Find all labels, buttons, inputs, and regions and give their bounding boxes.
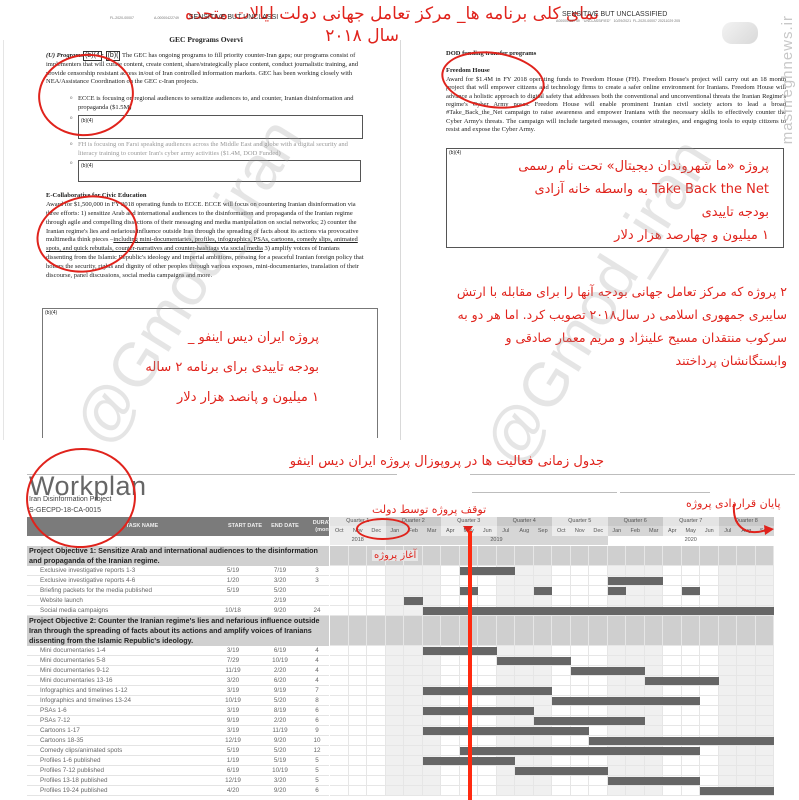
table-row: Cartoons 1-173/1911/199 [27,726,329,736]
task-name: Infographics and timelines 1-12 [40,686,128,696]
quarter-label: Quarter 3 [441,517,497,526]
end-date: 9/20 [260,786,300,796]
month-label: Feb [626,526,645,536]
start-date: 10/18 [213,606,253,616]
duration: 12 [307,746,327,756]
start-date: 3/19 [213,686,253,696]
table-row: Cartoons 18-3512/199/2010 [27,736,329,746]
table-row: Comedy clips/animated spots5/195/2012 [27,746,329,756]
gantt-bar [515,767,608,775]
end-date: 3/20 [260,776,300,786]
gantt-bar [552,697,700,705]
start-date: 5/19 [213,566,253,576]
start-annotation: آغاز پروژه [372,550,418,561]
duration: 9 [307,726,327,736]
duration: 24 [307,606,327,616]
table-row: Profiles 1-6 published1/195/195 [27,756,329,766]
page-edge [3,40,4,440]
gantt-bar [423,647,497,655]
table-row: Infographics and timelines 13-2410/195/2… [27,696,329,706]
duration: 5 [307,776,327,786]
gantt-bar [589,737,774,745]
end-date: 10/19 [260,656,300,666]
start-date: 11/19 [213,666,253,676]
quarter-label: Quarter 7 [663,517,719,526]
gantt-bar [534,717,645,725]
start-date: 12/19 [213,736,253,746]
task-name: Cartoons 18-35 [40,736,83,746]
month-label: Nov [571,526,590,536]
table-row: PSAs 1-63/198/196 [27,706,329,716]
task-name: Briefing packets for the media published [40,586,152,596]
gantt-bar [497,657,571,665]
start-date: 5/19 [213,586,253,596]
right-note-fa: پروژه «ما شهروندان دیجیتال» تحت نام رسمی… [518,155,769,247]
objective-row: Project Objective 2: Counter the Iranian… [27,616,329,646]
gantt-bar [423,607,775,615]
task-name: Website launch [40,596,83,606]
right-doc-refs: A00000422749 "UNCLASSIFIED" 10/29/2021 F… [556,19,680,23]
task-name: Comedy clips/animated spots [40,746,122,756]
gantt-bar [645,677,719,685]
month-label: Oct [330,526,349,536]
task-name: Social media campaigns [40,606,108,616]
end-date: 11/19 [260,726,300,736]
task-name: PSAs 7-12 [40,716,70,726]
table-row: Profiles 13-18 published12/193/205 [27,776,329,786]
duration: 4 [307,656,327,666]
end-date: 9/20 [260,606,300,616]
start-date: 1/20 [213,576,253,586]
table-row: Mini documentaries 1-43/196/194 [27,646,329,656]
table-row: Infographics and timelines 1-123/199/197 [27,686,329,696]
right-note-box: (b)(4) پروژه «ما شهروندان دیجیتال» تحت ن… [446,148,784,248]
table-row: Mini documentaries 9-1211/192/204 [27,666,329,676]
month-label: Oct [552,526,571,536]
task-name: Cartoons 1-17 [40,726,80,736]
year-label: 2019 [386,536,608,545]
gantt-bar [608,577,664,585]
start-date: 3/19 [213,646,253,656]
left-doc-classification: FL-2020-00007A-00000422749SENSITIVE BUT … [100,14,278,21]
document-excerpts: نمای کلی برنامه ها_ مرکز تعامل جهانی دول… [0,0,799,440]
month-label: Apr [663,526,682,536]
month-label: Apr [441,526,460,536]
gantt-bar [608,587,627,595]
month-label: Mar [423,526,442,536]
duration: 3 [307,576,327,586]
gantt-bar [460,747,701,755]
table-row: PSAs 7-129/192/206 [27,716,329,726]
quarter-label: Quarter 6 [608,517,664,526]
gantt-bar [534,587,553,595]
task-name: PSAs 1-6 [40,706,67,716]
month-label: May [682,526,701,536]
table-row: Social media campaigns10/189/2024 [27,606,329,616]
left-note-box: (b)(4) پروژه ایران دیس اینفو _ بودجه تای… [42,308,378,438]
table-row: Mini documentaries 5-87/2910/194 [27,656,329,666]
duration: 4 [307,666,327,676]
task-table: Project Objective 1: Sensitize Arab and … [27,546,329,796]
table-row: Briefing packets for the media published… [27,586,329,596]
month-label: Jul [497,526,516,536]
month-label: Jan [608,526,627,536]
duration: 5 [307,756,327,766]
rule [620,492,710,493]
duration: 4 [307,646,327,656]
duration: 10 [307,736,327,746]
month-label: Jun [478,526,497,536]
gantt-bar [608,777,701,785]
bullet-redacted: (b)(4) [70,160,366,182]
site-logo-icon [722,22,758,44]
start-date: 3/20 [213,676,253,686]
site-watermark: mashreghnews.ir [779,15,796,144]
end-date: 7/19 [260,566,300,576]
end-date: 9/20 [260,736,300,746]
duration: 7 [307,686,327,696]
col-end: END DATE [265,517,305,536]
gantt-bar [571,667,645,675]
gantt-bar [404,597,423,605]
month-label: Dec [589,526,608,536]
table-row: Profiles 19-24 published4/209/206 [27,786,329,796]
start-date: 9/19 [213,716,253,726]
duration: 6 [307,706,327,716]
gantt-bar [423,687,553,695]
page-divider [400,40,401,440]
quarter-label: Quarter 5 [552,517,608,526]
duration: 4 [307,676,327,686]
month-label: Jun [700,526,719,536]
table-row: Website launch2/19 [27,596,329,606]
objective-row: Project Objective 1: Sensitize Arab and … [27,546,329,566]
end-date: 2/19 [260,596,300,606]
workplan-caption: جدول زمانی فعالیت ها در پروپوزال پروژه ا… [290,454,604,469]
quarter-label: Quarter 4 [497,517,553,526]
end-date: 5/19 [260,756,300,766]
start-date: 12/19 [213,776,253,786]
start-date: 7/29 [213,656,253,666]
summary-fa: ۲ پروژه که مرکز تعامل جهانی بودجه آنها ر… [392,280,787,372]
end-date: 9/19 [260,686,300,696]
right-doc-classification: SENSITIVE BUT UNCLASSIFIED [562,11,667,18]
end-date: 8/19 [260,706,300,716]
redaction-box: (b)(4) [78,160,361,182]
end-date: 2/20 [260,716,300,726]
duration: 6 [307,716,327,726]
task-name: Profiles 13-18 published [40,776,108,786]
task-name: Exclusive investigative reports 4-6 [40,576,135,586]
gantt-bar [423,727,590,735]
rule [472,492,617,493]
start-date: 3/19 [213,706,253,716]
end-date: 10/19 [260,766,300,776]
start-date: 1/19 [213,756,253,766]
end-date: 3/20 [260,576,300,586]
start-date: 10/19 [213,696,253,706]
month-label: Sep [534,526,553,536]
task-name: Mini documentaries 5-8 [40,656,105,666]
stop-marker-line [468,531,472,800]
rule [470,474,795,475]
task-name: Infographics and timelines 13-24 [40,696,131,706]
left-note-fa: پروژه ایران دیس اینفو _ بودجه تاییدی برا… [145,323,319,413]
duration: 3 [307,566,327,576]
task-name: Profiles 1-6 published [40,756,101,766]
end-date: 6/20 [260,676,300,686]
gantt-bar [682,587,701,595]
end-date: 5/20 [260,696,300,706]
end-date: 5/20 [260,746,300,756]
end-date: 2/20 [260,666,300,676]
start-date: 6/19 [213,766,253,776]
start-date: 5/19 [213,746,253,756]
stop-annotation: توقف پروژه توسط دولت [372,503,486,516]
task-name: Mini documentaries 1-4 [40,646,105,656]
month-label: Mar [645,526,664,536]
end-date: 5/20 [260,586,300,596]
end-date: 6/19 [260,646,300,656]
duration: 6 [307,786,327,796]
table-row: Profiles 7-12 published6/1910/195 [27,766,329,776]
curved-arrow-icon [730,500,790,540]
table-row: Mini documentaries 13-163/206/204 [27,676,329,686]
task-name: Mini documentaries 13-16 [40,676,112,686]
table-row: Exclusive investigative reports 1-35/197… [27,566,329,576]
task-name: Profiles 19-24 published [40,786,108,796]
task-name: Exclusive investigative reports 1-3 [40,566,135,576]
start-date: 4/20 [213,786,253,796]
start-date: 3/19 [213,726,253,736]
bullet-fh: FH is focusing on Farsi speaking audienc… [70,141,366,159]
highlight-circle [356,518,410,540]
gantt-bar [700,787,774,795]
left-doc-title: GEC Programs Overvi [46,36,366,45]
gantt-bar [423,707,534,715]
task-name: Mini documentaries 9-12 [40,666,109,676]
duration: 5 [307,766,327,776]
task-name: Profiles 7-12 published [40,766,104,776]
col-start: START DATE [223,517,267,536]
duration: 8 [307,696,327,706]
table-row: Exclusive investigative reports 4-61/203… [27,576,329,586]
month-label: Aug [515,526,534,536]
